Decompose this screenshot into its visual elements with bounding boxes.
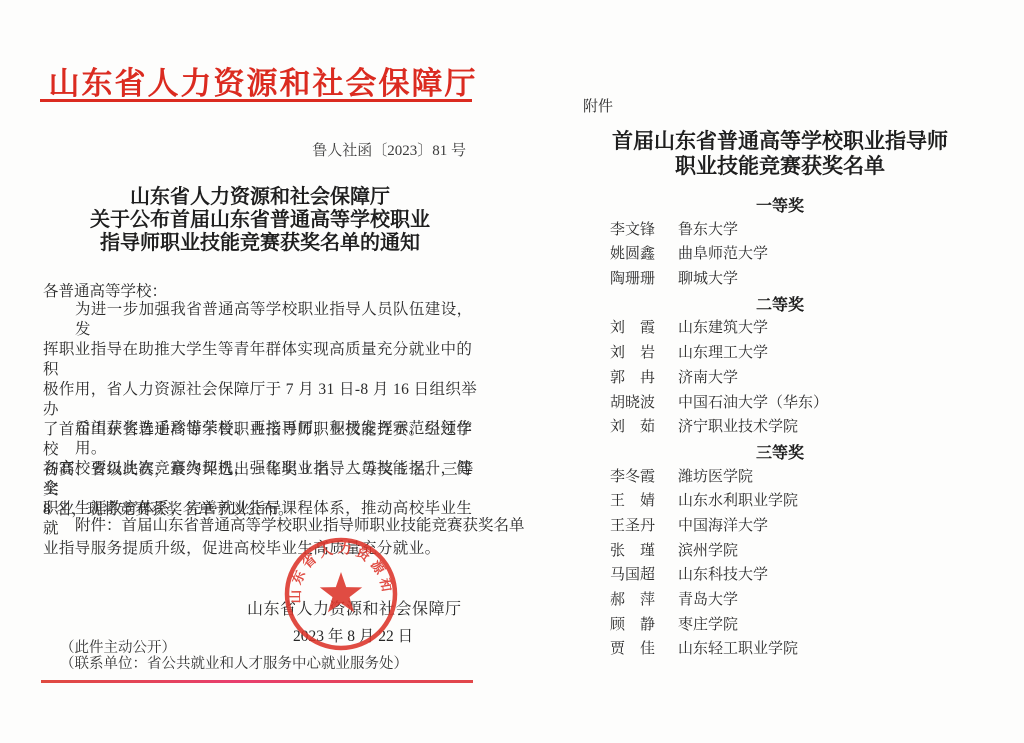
winner-school: 中国海洋大学 [678,514,768,535]
notice-title: 山东省人力资源和社会保障厅关于公布首届山东省普通高等学校职业指导师职业技能竞赛获… [30,186,490,255]
winner-row: 李冬霞潍坊医学院 [560,465,1000,490]
notice-title-line: 关于公布首届山东省普通高等学校职业 [30,209,490,232]
winner-row: 马国超山东科技大学 [560,563,1000,588]
winner-school: 山东水利职业学院 [678,489,798,510]
winner-name: 王圣丹 [610,514,678,535]
winner-school: 青岛大学 [678,588,738,609]
winner-school: 山东轻工职业学院 [678,637,798,658]
winner-row: 郭 冉济南大学 [560,366,1000,391]
winner-row: 李文锋鲁东大学 [560,218,1000,243]
award-header: 一等奖 [560,193,1000,218]
winner-row: 刘 霞山东建筑大学 [560,316,1000,341]
winner-school: 滨州学院 [678,539,738,560]
winner-row: 胡晓波中国石油大学（华东） [560,391,1000,416]
winner-row: 郝 萍青岛大学 [560,588,1000,613]
seal-star [320,572,362,612]
winner-school: 中国石油大学（华东） [678,391,828,412]
winner-school: 山东建筑大学 [678,316,768,337]
attachment-reference: 附件：首届山东省普通高等学校职业指导师职业技能竞赛获奖名单 [75,513,525,535]
contact-note: （联系单位：省公共就业和人才服务中心就业服务处） [60,652,408,673]
winner-row: 王 婧山东水利职业学院 [560,489,1000,514]
notice-title-line: 山东省人力资源和社会保障厅 [30,186,490,209]
winner-name: 李文锋 [610,218,678,239]
winner-school: 枣庄学院 [678,613,738,634]
winner-school: 聊城大学 [678,267,738,288]
attachment-title-line: 职业技能竞赛获奖名单 [560,154,1000,179]
doc-number: 鲁人社函〔2023〕81 号 [40,139,466,160]
body-text-line: 各高校要以此次竞赛为契机，强化职业指导人员技能提升，健全 [43,459,483,499]
winner-name: 张 瑾 [610,539,678,560]
winner-school: 曲阜师范大学 [678,242,768,263]
notice-title-line: 指导师职业技能竞赛获奖名单的通知 [30,232,490,255]
winner-row: 姚圆鑫曲阜师范大学 [560,242,1000,267]
winner-row: 王圣丹中国海洋大学 [560,514,1000,539]
winner-row: 张 瑾滨州学院 [560,539,1000,564]
document-scan: 山东省人力资源和社会保障厅 鲁人社函〔2023〕81 号 山东省人力资源和社会保… [0,0,1024,743]
winner-row: 贾 佳山东轻工职业学院 [560,637,1000,662]
winner-name: 贾 佳 [610,637,678,658]
attachment-title-line: 首届山东省普通高等学校职业指导师 [560,129,1000,154]
winner-school: 山东理工大学 [678,341,768,362]
body-text-line: 希望获奖选手珍惜荣誉、再接再厉，积极发挥示范引领作用。 [43,419,483,459]
body-text-line: 为进一步加强我省普通高等学校职业指导人员队伍建设，发 [43,300,483,340]
body-text-line: 业指导服务提质升级，促进高校毕业生高质量充分就业。 [43,539,483,559]
winner-school: 济南大学 [678,366,738,387]
winner-school: 济宁职业技术学院 [678,415,798,436]
winner-row: 顾 静枣庄学院 [560,613,1000,638]
award-header: 二等奖 [560,292,1000,317]
winner-name: 郭 冉 [610,366,678,387]
attachment-title: 首届山东省普通高等学校职业指导师职业技能竞赛获奖名单 [560,129,1000,179]
footer-rule [41,680,473,683]
winner-name: 胡晓波 [610,391,678,412]
page-right: 附件 首届山东省普通高等学校职业指导师职业技能竞赛获奖名单 一等奖李文锋鲁东大学… [560,0,1000,743]
winner-name: 马国超 [610,563,678,584]
official-seal-icon: 山东省人力资源和社会保障厅 [283,536,399,652]
winner-school: 山东科技大学 [678,563,768,584]
page-left: 山东省人力资源和社会保障厅 鲁人社函〔2023〕81 号 山东省人力资源和社会保… [0,0,540,743]
agency-masthead: 山东省人力资源和社会保障厅 [48,58,478,103]
winner-row: 刘 岩山东理工大学 [560,341,1000,366]
winner-name: 陶珊珊 [610,267,678,288]
winner-name: 李冬霞 [610,465,678,486]
salutation: 各普通高等学校： [43,279,167,301]
winner-name: 刘 茹 [610,415,678,436]
award-list: 一等奖李文锋鲁东大学姚圆鑫曲阜师范大学陶珊珊聊城大学二等奖刘 霞山东建筑大学刘 … [560,193,1000,662]
winner-name: 姚圆鑫 [610,242,678,263]
masthead-rule [40,99,472,102]
winner-school: 潍坊医学院 [678,465,753,486]
winner-row: 刘 茹济宁职业技术学院 [560,415,1000,440]
paragraph-2: 希望获奖选手珍惜荣誉、再接再厉，积极发挥示范引领作用。各高校要以此次竞赛为契机，… [43,419,483,559]
winner-name: 刘 霞 [610,316,678,337]
body-text-line: 挥职业指导在助推大学生等青年群体实现高质量充分就业中的积 [43,340,483,380]
winner-name: 王 婧 [610,489,678,510]
award-header: 三等奖 [560,440,1000,465]
winner-name: 刘 岩 [610,341,678,362]
winner-name: 顾 静 [610,613,678,634]
winner-row: 陶珊珊聊城大学 [560,267,1000,292]
attachment-label: 附件 [583,95,613,116]
winner-school: 鲁东大学 [678,218,738,239]
winner-name: 郝 萍 [610,588,678,609]
body-text-line: 极作用，省人力资源社会保障厅于 7 月 31 日-8 月 16 日组织举办 [43,380,483,420]
